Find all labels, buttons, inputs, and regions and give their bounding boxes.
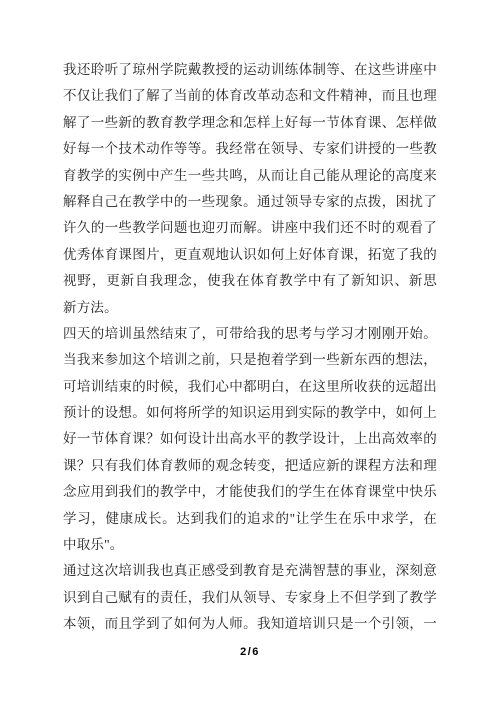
text-line: 解了一些新的教育教学理念和怎样上好每一节体育课、怎样做 (63, 110, 437, 136)
text-line: 四天的培训虽然结束了，可带给我的思考与学习才刚刚开始。 (63, 321, 437, 347)
paragraph-1: 我还聆听了琼州学院戴教授的运动训练体制等、在这些讲座中不仅让我们了解了当前的体育… (63, 57, 437, 321)
text-line: 当我来参加这个培训之前，只是抱着学到一些新东西的想法， (63, 347, 437, 373)
text-line: 新方法。 (63, 295, 437, 321)
text-line: 念应用到我们的教学中，才能使我们的学生在体育课堂中快乐 (63, 479, 437, 505)
text-line: 我还聆听了琼州学院戴教授的运动训练体制等、在这些讲座中 (63, 57, 437, 83)
text-line: 中取乐"。 (63, 532, 437, 558)
document-page: 我还聆听了琼州学院戴教授的运动训练体制等、在这些讲座中不仅让我们了解了当前的体育… (0, 0, 500, 707)
page-number: 2/6 (0, 644, 500, 660)
text-line: 好每一个技术动作等等。我经常在领导、专家们讲授的一些教 (63, 136, 437, 162)
text-line: 可培训结束的时候，我们心中都明白，在这里所收获的远超出 (63, 374, 437, 400)
text-line: 学习，健康成长。达到我们的追求的"让学生在乐中求学，在学 (63, 506, 437, 532)
text-line: 不仅让我们了解了当前的体育改革动态和文件精神，而且也理 (63, 83, 437, 109)
text-line: 本领，而且学到了如何为人师。我知道培训只是一个引领，一 (63, 611, 437, 637)
text-line: 通过这次培训我也真正感受到教育是充满智慧的事业，深刻意 (63, 558, 437, 584)
text-line: 许久的一些教学问题也迎刃而解。讲座中我们还不时的观看了 (63, 215, 437, 241)
text-line: 育教学的实例中产生一些共鸣，从而让自己能从理论的高度来 (63, 163, 437, 189)
text-line: 解释自己在教学中的一些现象。通过领导专家的点拨，困扰了 (63, 189, 437, 215)
paragraph-3: 通过这次培训我也真正感受到教育是充满智慧的事业，深刻意识到自己赋有的责任，我们从… (63, 558, 437, 637)
text-line: 课？只有我们体育教师的观念转变，把适应新的课程方法和理 (63, 453, 437, 479)
text-line: 视野，更新自我理念，使我在体育教学中有了新知识、新思路、 (63, 268, 437, 294)
text-line: 预计的设想。如何将所学的知识运用到实际的教学中，如何上 (63, 400, 437, 426)
text-line: 好一节体育课？如何设计出高水平的教学设计，上出高效率的 (63, 426, 437, 452)
text-line: 优秀体育课图片，更直观地认识如何上好体育课，拓宽了我的 (63, 242, 437, 268)
text-line: 识到自己赋有的责任，我们从领导、专家身上不但学到了教学 (63, 585, 437, 611)
document-text: 我还聆听了琼州学院戴教授的运动训练体制等、在这些讲座中不仅让我们了解了当前的体育… (63, 57, 437, 638)
paragraph-2: 四天的培训虽然结束了，可带给我的思考与学习才刚刚开始。当我来参加这个培训之前，只… (63, 321, 437, 559)
